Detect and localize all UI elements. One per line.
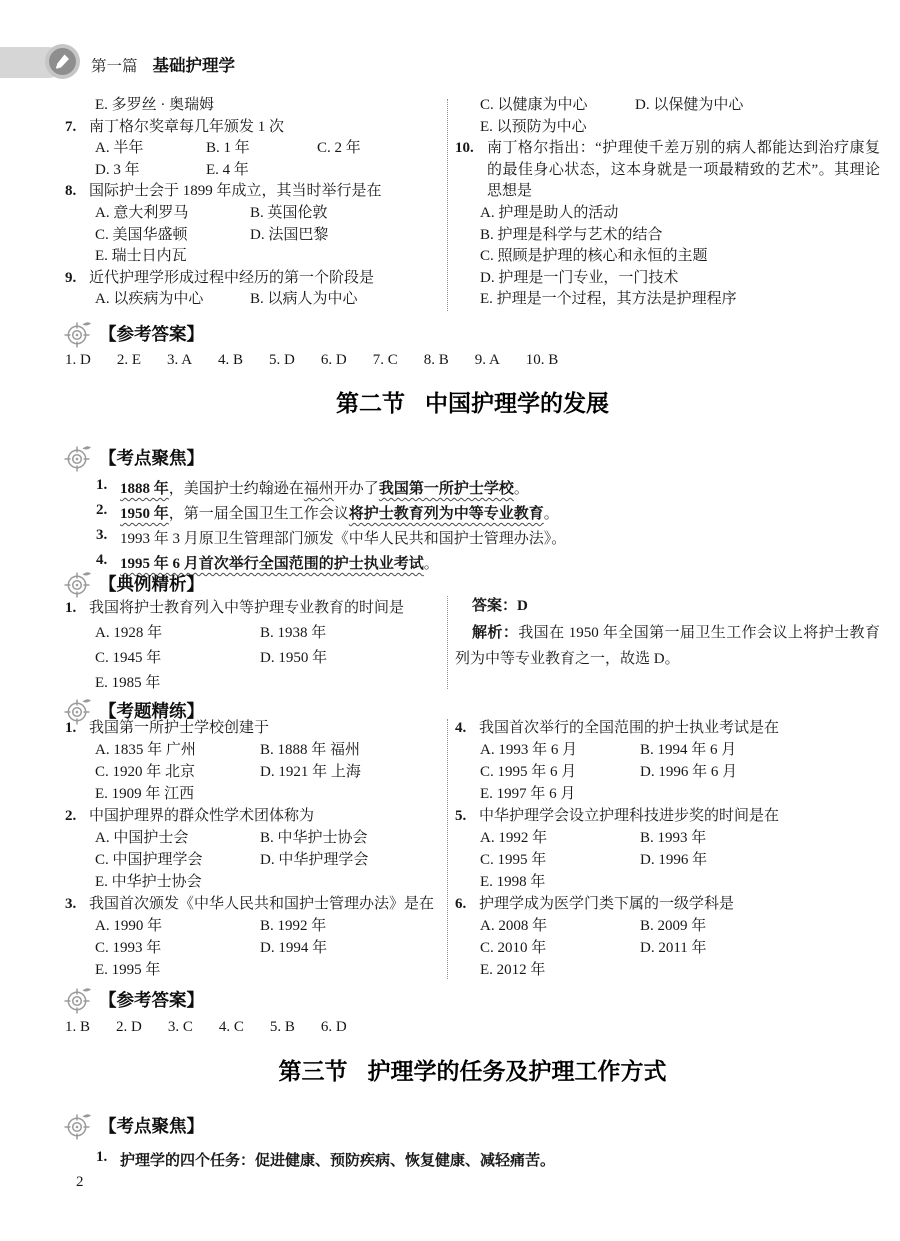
option: A. 以疾病为中心 xyxy=(95,289,250,311)
question-number: 3. xyxy=(65,893,89,915)
question-number: 7. xyxy=(65,117,89,139)
target-icon xyxy=(63,569,92,598)
answer-key-row: 1. B 2. D 3. C 4. C 5. B 6. D xyxy=(65,1019,347,1036)
option: D. 1950 年 xyxy=(260,646,327,671)
keypoint-text: 1888 年，美国护士约翰逊在福州开办了我国第一所护士学校。 xyxy=(120,477,529,498)
option: B. 2009 年 xyxy=(640,915,706,937)
option-row: C. 以健康为中心 D. 以保健为中心 xyxy=(455,95,880,117)
answer-label: 答案：D xyxy=(455,593,880,620)
option-line: C. 照顾是护理的核心和永恒的主题 xyxy=(455,246,880,268)
item-number: 1. xyxy=(96,1149,120,1170)
practice-question-2: 2. 中国护理界的群众性学术团体称为 xyxy=(65,805,448,827)
header-title: 第一篇 基础护理学 xyxy=(91,52,235,76)
option-row: A. 以疾病为中心 B. 以病人为中心 xyxy=(65,289,448,311)
section-3-heading: 第三节 护理学的任务及护理工作方式 xyxy=(65,1053,880,1086)
option: A. 中国护士会 xyxy=(95,827,260,849)
option: C. 1995 年 xyxy=(480,849,640,871)
keypoint-text: 护理学的四个任务：促进健康、预防疾病、恢复健康、减轻痛苦。 xyxy=(120,1149,555,1170)
option: D. 1996 年 6 月 xyxy=(640,761,737,783)
option: D. 1921 年 上海 xyxy=(260,761,361,783)
option: D. 2011 年 xyxy=(640,937,707,959)
answers-section-heading: 【参考答案】 xyxy=(63,985,204,1014)
practice-column-left: 1. 我国第一所护士学校创建于 A. 1835 年 广州B. 1888 年 福州… xyxy=(65,717,448,981)
answer-item: 8. B xyxy=(424,352,449,369)
question-stem: 我国首次颁发《中华人民共和国护士管理办法》是在 xyxy=(89,893,434,915)
option-line: E. 护理是一个过程，其方法是护理程序 xyxy=(455,289,880,311)
option-row: C. 1945 年 D. 1950 年 xyxy=(65,646,448,671)
answer-item: 5. D xyxy=(269,352,295,369)
question-column-left: E. 多罗丝 · 奥瑞姆 7. 南丁格尔奖章每几年颁发 1 次 A. 半年 B.… xyxy=(65,95,448,311)
page-number: 2 xyxy=(76,1174,84,1191)
section-title-text: 护理学的任务及护理工作方式 xyxy=(368,1053,667,1086)
option: A. 2008 年 xyxy=(480,915,640,937)
option-line: E. 2012 年 xyxy=(455,959,880,981)
option: C. 1995 年 6 月 xyxy=(480,761,640,783)
option: C. 1920 年 北京 xyxy=(95,761,260,783)
option-line: E. 瑞士日内瓦 xyxy=(65,246,448,268)
option: B. 1992 年 xyxy=(260,915,326,937)
option: E. 4 年 xyxy=(206,160,249,182)
option: C. 1945 年 xyxy=(95,646,260,671)
practice-column-right: 4. 我国首次举行的全国范围的护士执业考试是在 A. 1993 年 6 月B. … xyxy=(455,717,880,981)
option: A. 1990 年 xyxy=(95,915,260,937)
item-number: 1. xyxy=(96,477,120,498)
keypoint-item: 1. 护理学的四个任务：促进健康、预防疾病、恢复健康、减轻痛苦。 xyxy=(96,1149,555,1170)
question-stem: 国际护士会于 1899 年成立，其当时举行是在 xyxy=(89,181,382,203)
question-number: 1. xyxy=(65,717,89,739)
question-number: 6. xyxy=(455,893,479,915)
option-line: B. 护理是科学与艺术的结合 xyxy=(455,225,880,247)
option: D. 以保健为中心 xyxy=(635,95,743,117)
option: C. 2010 年 xyxy=(480,937,640,959)
option: B. 以病人为中心 xyxy=(250,289,358,311)
option: B. 1 年 xyxy=(206,138,317,160)
header-badge xyxy=(45,44,80,79)
practice-question-6: 6. 护理学成为医学门类下属的一级学科是 xyxy=(455,893,880,915)
example-answer-block: 答案：D 解析：我国在 1950 年全国第一届卫生工作会议上将护士教育列为中等专… xyxy=(455,593,880,673)
question-number: 9. xyxy=(65,268,89,290)
question-10: 10. 南丁格尔指出：“护理使千差万别的病人都能达到治疗康复的最佳身心状态，这本… xyxy=(455,138,880,203)
question-7: 7. 南丁格尔奖章每几年颁发 1 次 xyxy=(65,117,448,139)
section-label: 【考点聚焦】 xyxy=(99,1113,204,1138)
target-icon xyxy=(63,443,92,472)
question-number: 8. xyxy=(65,181,89,203)
question-stem: 近代护理学形成过程中经历的第一个阶段是 xyxy=(89,268,374,290)
example-question: 1. 我国将护士教育列入中等护理专业教育的时间是 A. 1928 年 B. 19… xyxy=(65,596,448,696)
option: C. 以健康为中心 xyxy=(480,95,635,117)
analysis-text: 解析：我国在 1950 年全国第一届卫生工作会议上将护士教育列为中等专业教育之一… xyxy=(455,620,880,673)
section-number: 第三节 xyxy=(279,1053,348,1086)
option-line: E. 多罗丝 · 奥瑞姆 xyxy=(65,95,448,117)
option: D. 1996 年 xyxy=(640,849,707,871)
option: A. 1835 年 广州 xyxy=(95,739,260,761)
question-number: 1. xyxy=(65,596,89,621)
option-line: E. 1995 年 xyxy=(65,959,448,981)
target-icon xyxy=(63,985,92,1014)
option-line: A. 护理是助人的活动 xyxy=(455,203,880,225)
question-stem: 南丁格尔指出：“护理使千差万别的病人都能达到治疗康复的最佳身心状态，这本身就是一… xyxy=(487,138,880,203)
answer-item: 7. C xyxy=(373,352,398,369)
keypoint-text: 1993 年 3 月原卫生管理部门颁发《中华人民共和国护士管理办法》。 xyxy=(120,527,566,548)
option: A. 1928 年 xyxy=(95,621,260,646)
pen-icon xyxy=(49,48,76,75)
answer-key-row: 1. D 2. E 3. A 4. B 5. D 6. D 7. C 8. B … xyxy=(65,352,558,369)
target-icon xyxy=(63,1111,92,1140)
option-line: E. 以预防为中心 xyxy=(455,117,880,139)
question-number: 10. xyxy=(455,138,487,203)
answer-item: 3. C xyxy=(168,1019,193,1036)
question-column-right: C. 以健康为中心 D. 以保健为中心 E. 以预防为中心 10. 南丁格尔指出… xyxy=(455,95,880,311)
answer-item: 9. A xyxy=(475,352,500,369)
option: B. 中华护士协会 xyxy=(260,827,368,849)
practice-question-5: 5. 中华护理学会设立护理科技进步奖的时间是在 xyxy=(455,805,880,827)
keypoint-text: 1950 年，第一届全国卫生工作会议将护士教育列为中等专业教育。 xyxy=(120,502,559,523)
section-number: 第二节 xyxy=(336,385,405,418)
question-stem: 中国护理界的群众性学术团体称为 xyxy=(89,805,314,827)
section-label: 【参考答案】 xyxy=(99,987,204,1012)
part-label: 第一篇 xyxy=(91,54,138,76)
option: C. 中国护理学会 xyxy=(95,849,260,871)
practice-question-1: 1. 我国第一所护士学校创建于 xyxy=(65,717,448,739)
option-line: D. 护理是一门专业，一门技术 xyxy=(455,268,880,290)
item-number: 2. xyxy=(96,502,120,523)
option-line: E. 1985 年 xyxy=(65,671,448,696)
answer-item: 2. D xyxy=(116,1019,142,1036)
target-icon xyxy=(63,319,92,348)
option-row: D. 3 年 E. 4 年 xyxy=(65,160,448,182)
option: C. 1993 年 xyxy=(95,937,260,959)
question-stem: 南丁格尔奖章每几年颁发 1 次 xyxy=(89,117,284,139)
practice-question-4: 4. 我国首次举行的全国范围的护士执业考试是在 xyxy=(455,717,880,739)
answer-item: 2. E xyxy=(117,352,141,369)
option: D. 中华护理学会 xyxy=(260,849,368,871)
question-stem: 中华护理学会设立护理科技进步奖的时间是在 xyxy=(479,805,779,827)
question-stem: 我国第一所护士学校创建于 xyxy=(89,717,269,739)
keypoints-heading: 【考点聚焦】 xyxy=(63,443,204,472)
question-stem: 护理学成为医学门类下属的一级学科是 xyxy=(479,893,734,915)
answer-item: 3. A xyxy=(167,352,192,369)
question-9: 9. 近代护理学形成过程中经历的第一个阶段是 xyxy=(65,268,448,290)
answer-item: 10. B xyxy=(526,352,559,369)
option-row: A. 1928 年 B. 1938 年 xyxy=(65,621,448,646)
option: B. 1994 年 6 月 xyxy=(640,739,736,761)
option: D. 3 年 xyxy=(95,160,206,182)
option-line: E. 1997 年 6 月 xyxy=(455,783,880,805)
option-row: A. 半年 B. 1 年 C. 2 年 xyxy=(65,138,448,160)
answer-item: 4. C xyxy=(219,1019,244,1036)
answer-item: 4. B xyxy=(218,352,243,369)
book-page: 第一篇 基础护理学 E. 多罗丝 · 奥瑞姆 7. 南丁格尔奖章每几年颁发 1 … xyxy=(0,0,900,1241)
section-label: 【考点聚焦】 xyxy=(99,445,204,470)
option: B. 英国伦敦 xyxy=(250,203,328,225)
option-line: E. 1998 年 xyxy=(455,871,880,893)
item-number: 3. xyxy=(96,527,120,548)
keypoint-item: 3. 1993 年 3 月原卫生管理部门颁发《中华人民共和国护士管理办法》。 xyxy=(96,527,566,548)
option: C. 2 年 xyxy=(317,138,361,160)
answer-item: 1. B xyxy=(65,1019,90,1036)
option-line: E. 1909 年 江西 xyxy=(65,783,448,805)
keypoints-heading: 【考点聚焦】 xyxy=(63,1111,204,1140)
answer-item: 5. B xyxy=(270,1019,295,1036)
answers-section-heading: 【参考答案】 xyxy=(63,319,204,348)
section-2-heading: 第二节 中国护理学的发展 xyxy=(65,385,880,418)
answer-item: 6. D xyxy=(321,352,347,369)
option: B. 1888 年 福州 xyxy=(260,739,360,761)
question-number: 5. xyxy=(455,805,479,827)
keypoint-item: 2. 1950 年，第一届全国卫生工作会议将护士教育列为中等专业教育。 xyxy=(96,502,559,523)
option-row: C. 美国华盛顿 D. 法国巴黎 xyxy=(65,225,448,247)
keypoint-item: 1. 1888 年，美国护士约翰逊在福州开办了我国第一所护士学校。 xyxy=(96,477,529,498)
option: B. 1993 年 xyxy=(640,827,706,849)
section-title-text: 中国护理学的发展 xyxy=(425,385,609,418)
option: A. 1992 年 xyxy=(480,827,640,849)
option-line: E. 中华护士协会 xyxy=(65,871,448,893)
example-section-heading: 【典例精析】 xyxy=(63,569,204,598)
practice-question-3: 3. 我国首次颁发《中华人民共和国护士管理办法》是在 xyxy=(65,893,448,915)
option: A. 1993 年 6 月 xyxy=(480,739,640,761)
section-label: 【参考答案】 xyxy=(99,321,204,346)
option: A. 半年 xyxy=(95,138,206,160)
option: A. 意大利罗马 xyxy=(95,203,250,225)
answer-item: 6. D xyxy=(321,1019,347,1036)
question-stem: 我国首次举行的全国范围的护士执业考试是在 xyxy=(479,717,779,739)
question-8: 8. 国际护士会于 1899 年成立，其当时举行是在 xyxy=(65,181,448,203)
option: D. 法国巴黎 xyxy=(250,225,328,247)
question-number: 2. xyxy=(65,805,89,827)
question-stem: 我国将护士教育列入中等护理专业教育的时间是 xyxy=(89,596,404,621)
part-title: 基础护理学 xyxy=(153,52,236,76)
option: B. 1938 年 xyxy=(260,621,326,646)
option-row: A. 意大利罗马 B. 英国伦敦 xyxy=(65,203,448,225)
option: C. 美国华盛顿 xyxy=(95,225,250,247)
answer-item: 1. D xyxy=(65,352,91,369)
option: D. 1994 年 xyxy=(260,937,327,959)
question-number: 4. xyxy=(455,717,479,739)
section-label: 【典例精析】 xyxy=(99,571,204,596)
